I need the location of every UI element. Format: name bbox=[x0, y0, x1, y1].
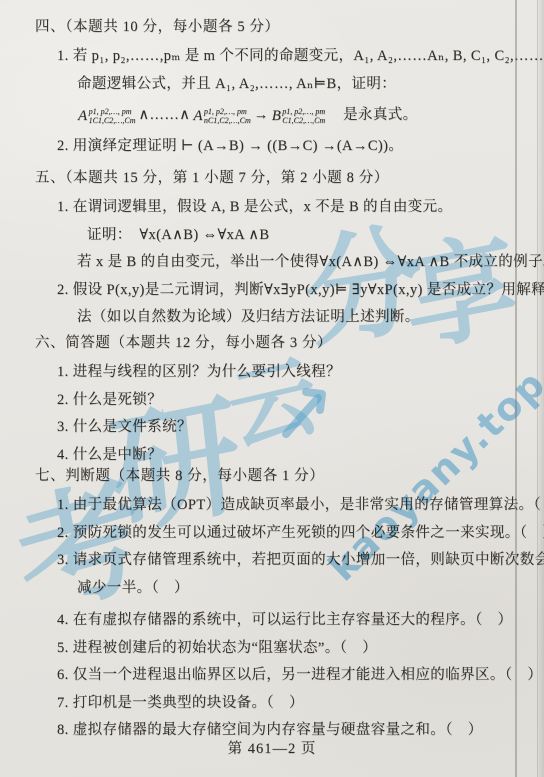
scan-artifact-line bbox=[515, 0, 517, 777]
scanned-exam-page: 四、（本题共 10 分，每小题各 5 分）1. 若 p₁, p₂,……,pₘ 是… bbox=[0, 0, 544, 777]
text-line: 7. 打印机是一类典型的块设备。（ ） bbox=[57, 690, 538, 718]
text-line: 1. 若 p₁, p₂,……,pₘ 是 m 个不同的命题变元，A₁, A₂,……… bbox=[57, 43, 538, 71]
text-line: 3. 什么是文件系统？ bbox=[57, 414, 538, 442]
text-line: 4. 在有虚拟存储器的系统中，可以运行比主存容量还大的程序。（ ） bbox=[57, 607, 538, 635]
formula-connective: ∧……∧ bbox=[138, 107, 190, 123]
formula-term: Ap1, p2,…, pm1C1,C2,…,Cm bbox=[78, 99, 135, 133]
formula-connective: → bbox=[254, 107, 269, 123]
text-line: 5. 进程被创建后的初始状态为“阻塞状态”。（ ） bbox=[57, 635, 538, 663]
formula-subscript: 1C1,C2,…,Cm bbox=[89, 117, 136, 126]
text-line: 1. 在谓词逻辑里，假设 A, B 是公式，x 不是 B 的自由变元。 bbox=[57, 194, 538, 222]
formula-base: A bbox=[78, 99, 88, 133]
text-line: 3. 请求页式存储管理系统中，若把页面的大小增加一倍，则缺页中断次数会 bbox=[57, 547, 538, 575]
text-line: 2. 用演绎定理证明 ⊢ (A→B) → ((B→C) →(A→C))。 bbox=[57, 133, 538, 161]
text-line: 减少一半。（ ） bbox=[77, 575, 538, 603]
text-line: 6. 仅当一个进程退出临界区以后，另一进程才能进入相应的临界区。（ ） bbox=[57, 662, 538, 690]
section-heading: 四、（本题共 10 分，每小题各 5 分） bbox=[35, 13, 538, 41]
page-edge-shadow bbox=[536, 0, 544, 777]
section-heading: 七、判断题（本题共 8 分，每小题各 1 分） bbox=[35, 462, 538, 490]
formula-base: A bbox=[193, 99, 203, 133]
formula-term: Bp1, p2,…, pmC1,C2,…,Cm bbox=[272, 99, 325, 133]
formula-term: Ap1, p2,…, pmnC1,C2,…,Cm bbox=[193, 99, 250, 133]
text-line: 法（如以自然数为论域）及归结方法证明上述判断。 bbox=[77, 304, 538, 332]
text-line: 命题逻辑公式，并且 A₁, A₂,……, Aₙ⊨B，证明： bbox=[77, 71, 538, 99]
formula-subscript: C1,C2,…,Cm bbox=[282, 117, 325, 126]
formula-connective: 是永真式。 bbox=[328, 107, 417, 123]
text-line: 证明： ∀x(A∧B) ⇔∀xA ∧B bbox=[87, 222, 538, 250]
exam-section: 五、（本题共 15 分，第 1 小题 7 分，第 2 小题 8 分）1. 在谓词… bbox=[35, 164, 538, 332]
text-line: 2. 什么是死锁？ bbox=[57, 387, 538, 415]
exam-section: 七、判断题（本题共 8 分，每小题各 1 分）1. 由于最优算法（OPT）造成缺… bbox=[35, 462, 538, 745]
section-heading: 五、（本题共 15 分，第 1 小题 7 分，第 2 小题 8 分） bbox=[35, 164, 538, 192]
exam-section: 六、简答题（本题共 12 分，每小题各 3 分）1. 进程与线程的区别？为什么要… bbox=[35, 329, 538, 469]
text-line: 2. 预防死锁的发生可以通过破坏产生死锁的四个必要条件之一来实现。（ ） bbox=[57, 520, 538, 548]
formula-line: Ap1, p2,…, pm1C1,C2,…,Cm∧……∧Ap1, p2,…, p… bbox=[77, 98, 538, 133]
section-heading: 六、简答题（本题共 12 分，每小题各 3 分） bbox=[35, 329, 538, 357]
formula-subscript: nC1,C2,…,Cm bbox=[204, 117, 251, 126]
text-line: 2. 假设 P(x,y)是二元谓词，判断∀x∃yP(x,y)⊨ ∃y∀xP(x,… bbox=[57, 277, 538, 305]
text-line: 1. 进程与线程的区别？为什么要引入线程？ bbox=[57, 359, 538, 387]
text-line: 若 x 是 B 的自由变元，举出一个使得∀x(A∧B) ⇔∀xA ∧B 不成立的… bbox=[77, 249, 538, 277]
text-line: 1. 由于最优算法（OPT）造成缺页率最小，是非常实用的存储管理算法。（ ） bbox=[57, 492, 538, 520]
page-number: 第 461—2 页 bbox=[0, 737, 544, 758]
exam-section: 四、（本题共 10 分，每小题各 5 分）1. 若 p₁, p₂,……,pₘ 是… bbox=[35, 13, 538, 160]
formula-base: B bbox=[272, 99, 282, 133]
